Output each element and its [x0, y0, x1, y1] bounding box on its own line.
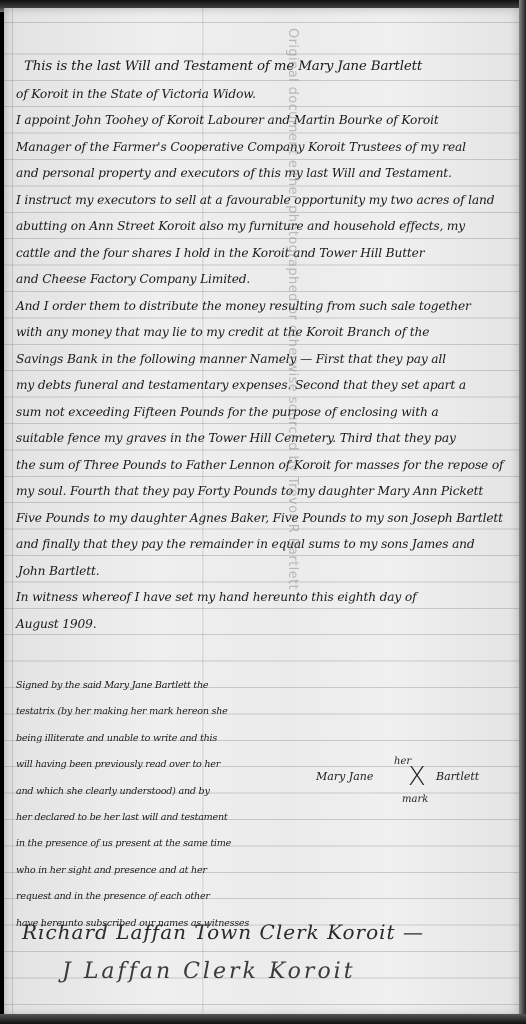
- will-line: and finally that they pay the remainder …: [16, 531, 522, 558]
- will-line: I instruct my executors to sell at a fav…: [16, 187, 522, 214]
- attestation-line: Signed by the said Mary Jane Bartlett th…: [16, 673, 306, 699]
- will-line: Manager of the Farmer's Cooperative Comp…: [16, 134, 522, 161]
- mark-label: mark: [402, 794, 428, 805]
- margin-rule: [12, 8, 13, 1016]
- will-line: and Cheese Factory Company Limited.: [16, 266, 522, 293]
- will-line-date: August 1909.: [16, 611, 522, 638]
- will-line: And I order them to distribute the money…: [16, 293, 522, 320]
- will-line: John Bartlett.: [16, 558, 522, 585]
- will-line: Savings Bank in the following manner Nam…: [16, 346, 522, 373]
- will-line: with any money that may lie to my credit…: [16, 319, 522, 346]
- will-line: Five Pounds to my daughter Agnes Baker, …: [16, 505, 522, 532]
- will-line: In witness whereof I have set my hand he…: [16, 584, 522, 611]
- mark-last-name: Bartlett: [436, 770, 479, 783]
- attestation-line: request and in the presence of each othe…: [16, 884, 306, 910]
- attestation-line: will having been previously read over to…: [16, 752, 306, 778]
- scan-bottom-edge: [0, 1014, 526, 1024]
- attestation-line: and which she clearly understood) and by: [16, 779, 306, 805]
- will-line: abutting on Ann Street Koroit also my fu…: [16, 213, 522, 240]
- will-line: my debts funeral and testamentary expens…: [16, 372, 522, 399]
- will-line-title: This is the last Will and Testament of m…: [16, 54, 522, 81]
- document-page: This is the last Will and Testament of m…: [4, 8, 519, 1016]
- attestation-line: in the presence of us present at the sam…: [16, 831, 306, 857]
- attestation-line: being illiterate and unable to write and…: [16, 726, 306, 752]
- scan-right-edge: [519, 0, 526, 1024]
- will-line: sum not exceeding Fifteen Pounds for the…: [16, 399, 522, 426]
- will-line: cattle and the four shares I hold in the…: [16, 240, 522, 267]
- attestation-line: her declared to be her last will and tes…: [16, 805, 306, 831]
- watermark: Original document either photographed or…: [286, 28, 300, 978]
- witness-signature-1: Richard Laffan Town Clerk Koroit —: [22, 920, 424, 944]
- attestation-line: testatrix (by her making her mark hereon…: [16, 699, 306, 725]
- will-line: of Koroit in the State of Victoria Widow…: [16, 81, 522, 108]
- attestation-clause: Signed by the said Mary Jane Bartlett th…: [16, 673, 306, 937]
- will-line: and personal property and executors of t…: [16, 160, 522, 187]
- witness-signature-2: J Laffan Clerk Koroit: [62, 959, 356, 984]
- will-line: the sum of Three Pounds to Father Lennon…: [16, 452, 522, 479]
- attestation-line: who in her sight and presence and at her: [16, 858, 306, 884]
- x-mark-icon: X: [408, 764, 426, 790]
- testatrix-mark: her Mary Jane X Bartlett mark: [316, 756, 516, 816]
- mark-first-name: Mary Jane: [316, 770, 373, 783]
- will-line: I appoint John Toohey of Koroit Labourer…: [16, 107, 522, 134]
- will-body-text: This is the last Will and Testament of m…: [16, 54, 522, 637]
- will-line: my soul. Fourth that they pay Forty Poun…: [16, 478, 522, 505]
- will-line: suitable fence my graves in the Tower Hi…: [16, 425, 522, 452]
